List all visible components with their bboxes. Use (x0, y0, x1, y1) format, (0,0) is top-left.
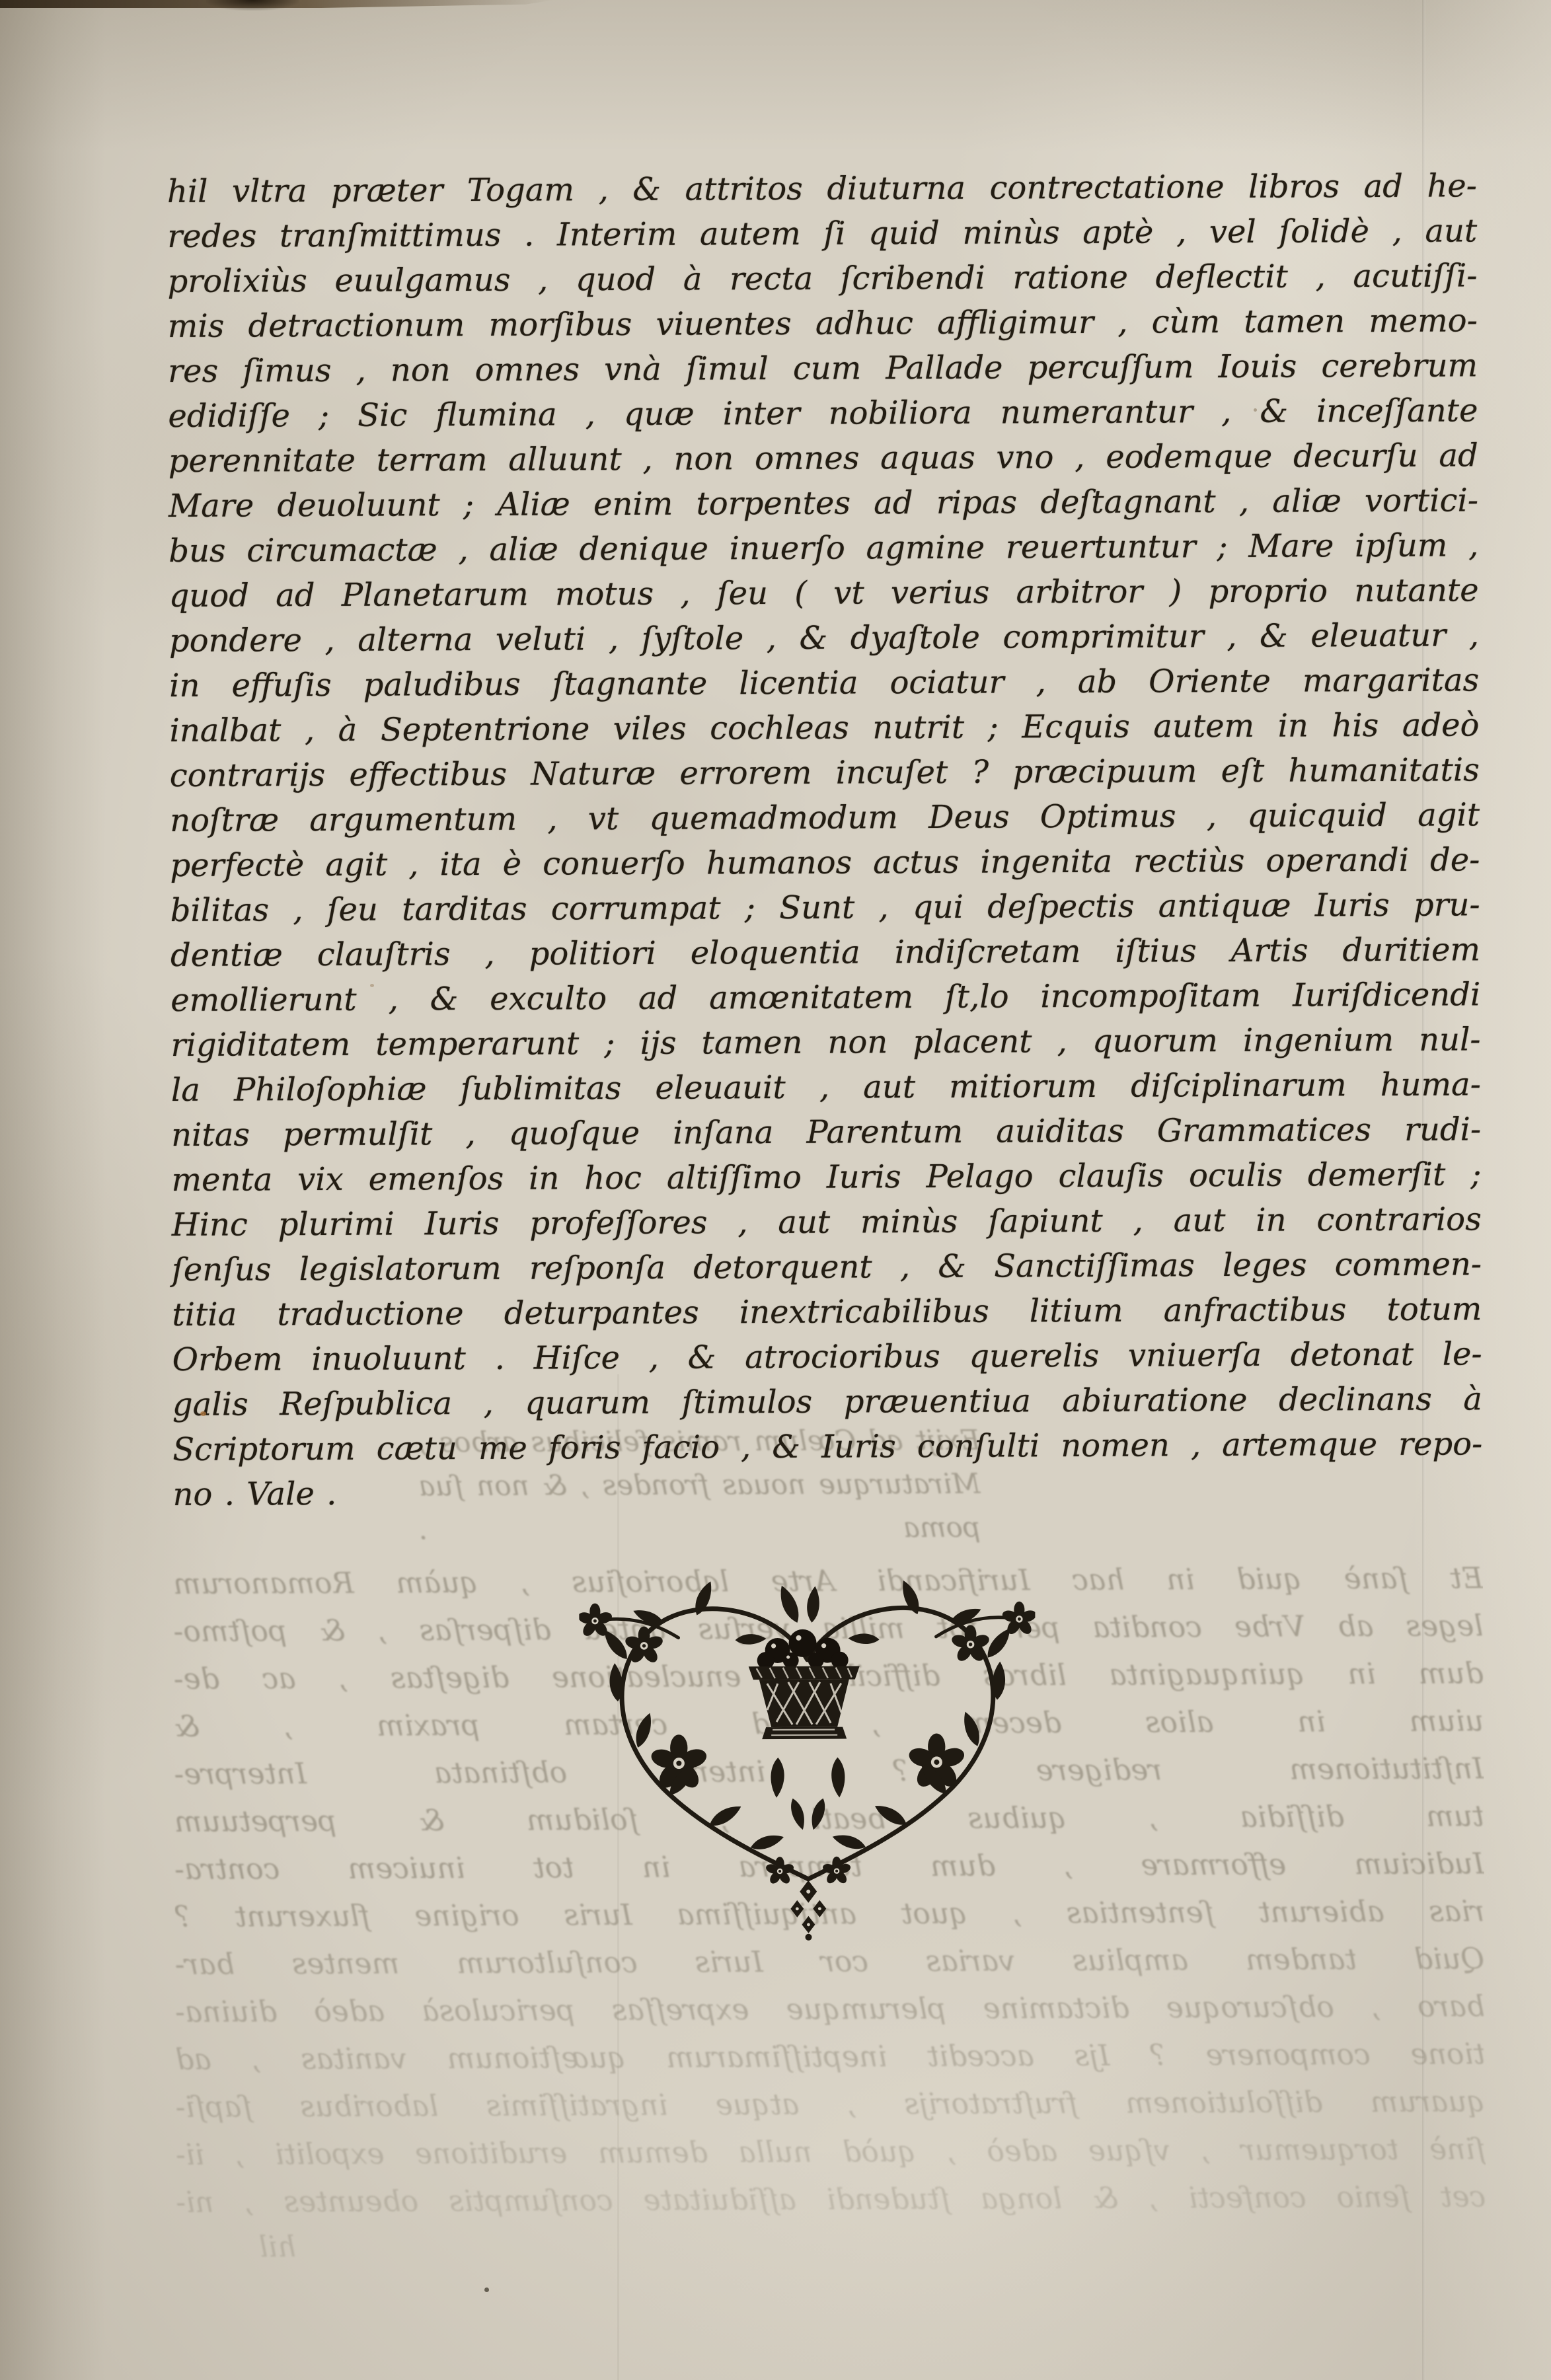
preface-text-line: perfectè agit , ita è conuerſo humanos a… (170, 837, 1480, 888)
preface-text-line: inalbat , à Septentrione viles cochleas … (169, 702, 1479, 753)
preface-text-line: bus circumactæ , aliæ denique inuerſo ag… (169, 523, 1478, 574)
preface-text-line: titia traductione deturpantes inextricab… (172, 1286, 1482, 1337)
preface-text-line: bilitas , ſeu tarditas corrumpat ; Sunt … (170, 882, 1480, 933)
preface-text-line: no . Vale . (172, 1466, 1482, 1517)
foxing-speck (200, 1411, 206, 1416)
preface-text-line: redes tranſmittimus . Interim autem ſi q… (167, 208, 1477, 259)
preface-text-line: res ſimus , non omnes vnà ſimul cum Pall… (168, 343, 1478, 394)
preface-text-block: hil vltra præter Togam , & attritos diut… (167, 163, 1483, 1517)
showthrough-text-line: ſinè torquemur , vſque adeò , quòd nulla… (176, 2126, 1486, 2179)
preface-text-line: rigiditatem temperarunt ; ijs tamen non … (170, 1017, 1480, 1068)
preface-text-line: edidiſſe ; Sic flumina , quæ inter nobil… (168, 388, 1478, 439)
preface-text-line: perennitate terram alluunt , non omnes a… (169, 433, 1478, 484)
preface-text-line: in effuſis paludibus ſtagnante licentia … (169, 657, 1479, 708)
verso-catchword: hil (176, 2222, 1486, 2268)
preface-text-line: Hinc plurimi Iuris profeſſores , aut min… (172, 1197, 1482, 1247)
preface-text-line: noſtræ argumentum , vt quemadmodum Deus … (170, 792, 1480, 843)
preface-text-line: pondere , alterna veluti , ſyſtole , & d… (169, 613, 1479, 663)
fruit-basket-floral-heart-tailpiece-ornament (579, 1558, 1037, 1946)
preface-text-line: emollierunt , & exculto ad amœnitatem ſt… (170, 972, 1480, 1023)
foxing-speck (484, 2287, 489, 2292)
preface-text-line: Scriptorum cætu me foris facio , & Iuris… (172, 1421, 1482, 1472)
showthrough-text-line: baro , obſcuroque dictamine plerumque ex… (175, 1983, 1485, 2036)
preface-text-line: Orbem inuoluunt . Hiſce , & atrocioribus… (172, 1331, 1482, 1382)
preface-text-line: Mare deuoluunt ; Aliæ enim torpentes ad … (169, 478, 1478, 529)
preface-text-line: menta vix emenſos in hoc altiſſimo Iuris… (171, 1152, 1481, 1203)
foxing-speck (1254, 408, 1257, 412)
pendant-tip (790, 1880, 826, 1941)
page-content: Exijt ad Cœlum ramis felicibus arbos ,Mi… (0, 0, 1551, 2380)
showthrough-text-line: quarum diſſolutionem fruſtratorijs , atq… (175, 2078, 1485, 2132)
preface-text-line: hil vltra præter Togam , & attritos diut… (167, 163, 1477, 214)
preface-text-line: nitas permulſit , quoſque inſana Parentu… (171, 1107, 1481, 1158)
preface-text-line: ſenſus legislatorum reſponſa detorquent … (172, 1242, 1482, 1292)
preface-text-line: mis detractionum morſibus viuentes adhuc… (168, 298, 1478, 349)
preface-text-line: galis Reſpublica , quarum ſtimulos præue… (172, 1376, 1482, 1427)
preface-text-line: contrarijs effectibus Naturæ errorem inc… (170, 747, 1480, 798)
foxing-speck (370, 984, 374, 987)
basket (749, 1666, 860, 1739)
book-page-scan: Exijt ad Cœlum ramis felicibus arbos ,Mi… (0, 0, 1551, 2380)
preface-text-line: la Philoſophiæ ſublimitas eleuauit , aut… (171, 1062, 1481, 1113)
preface-text-line: quod ad Planetarum motus , ſeu ( vt veri… (169, 568, 1478, 618)
preface-text-line: dentiæ clauſtris , politiori eloquentia … (170, 927, 1480, 978)
showthrough-text-line: cet ſenio confecti , & longa ſtudendi aſ… (176, 2173, 1486, 2227)
preface-text-line: prolixiùs euulgamus , quod à recta ſcrib… (167, 253, 1477, 304)
showthrough-text-line: tione componere ? Ijs accedit ineptiſſim… (175, 2030, 1485, 2084)
